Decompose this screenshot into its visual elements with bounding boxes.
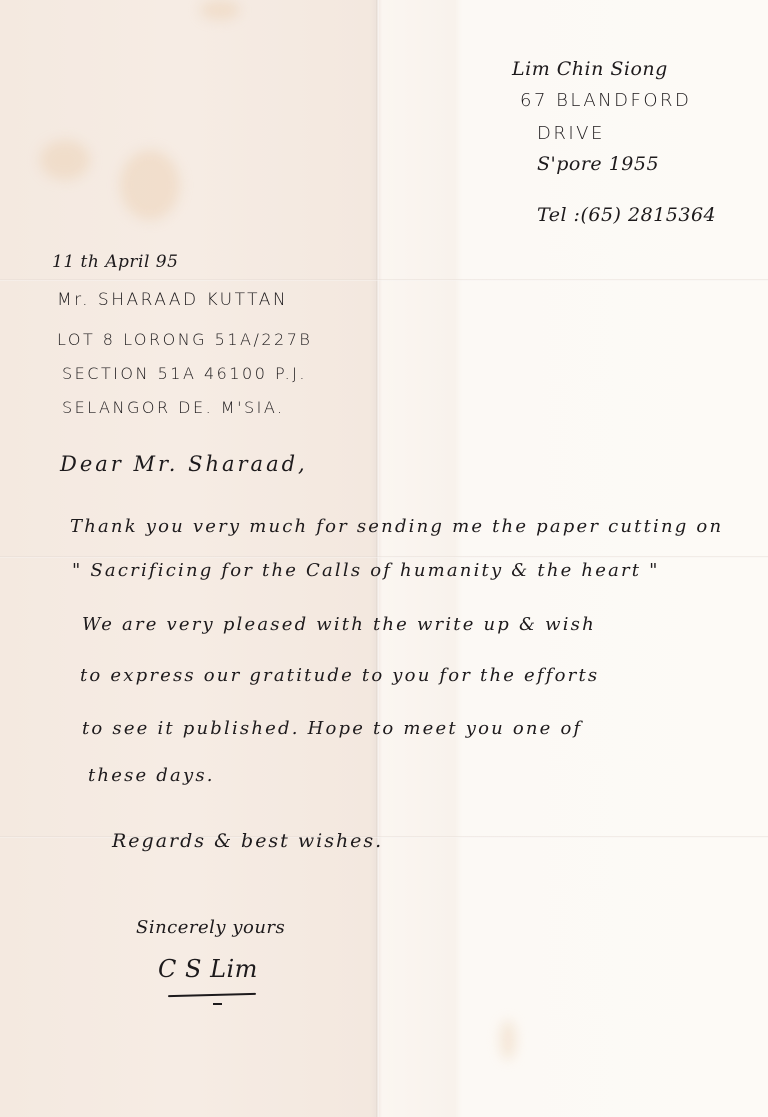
sender-address-line-1: 67 BLANDFORD: [520, 90, 691, 111]
letter-date: 11 th April 95: [52, 252, 178, 272]
body-line: " Sacrificing for the Calls of humanity …: [72, 560, 660, 581]
recipient-name: Mr. SHARAAD KUTTAN: [57, 290, 288, 310]
salutation: Dear Mr. Sharaad,: [60, 452, 308, 476]
horizontal-fold: [0, 556, 768, 558]
recipient-address-line-3: SELANGOR DE. M'SIA.: [62, 398, 285, 417]
paper-stain: [500, 1020, 516, 1060]
closing: Regards & best wishes.: [112, 830, 383, 852]
signature: C S Lim: [158, 955, 258, 983]
body-line: these days.: [88, 765, 215, 786]
body-line: We are very pleased with the write up & …: [82, 614, 596, 635]
horizontal-fold: [0, 279, 768, 281]
body-line: Thank you very much for sending me the p…: [70, 516, 723, 537]
paper-stain: [40, 140, 90, 180]
recipient-address-line-1: LOT 8 LORONG 51A/227B: [57, 330, 312, 349]
signature-mark: [213, 1003, 222, 1005]
recipient-address-line-2: SECTION 51A 46100 P.J.: [62, 364, 307, 383]
paper-stain: [120, 150, 180, 220]
body-line: to express our gratitude to you for the …: [80, 665, 599, 686]
sender-address-line-2: DRIVE: [537, 123, 605, 144]
paper-stain: [200, 0, 240, 20]
sender-address-line-3: S'pore 1955: [537, 153, 659, 175]
sender-name: Lim Chin Siong: [512, 58, 668, 80]
body-line: to see it published. Hope to meet you on…: [82, 718, 582, 739]
vertical-fold: [376, 0, 379, 1117]
sender-telephone: Tel :(65) 2815364: [537, 204, 716, 226]
signoff: Sincerely yours: [136, 917, 285, 938]
